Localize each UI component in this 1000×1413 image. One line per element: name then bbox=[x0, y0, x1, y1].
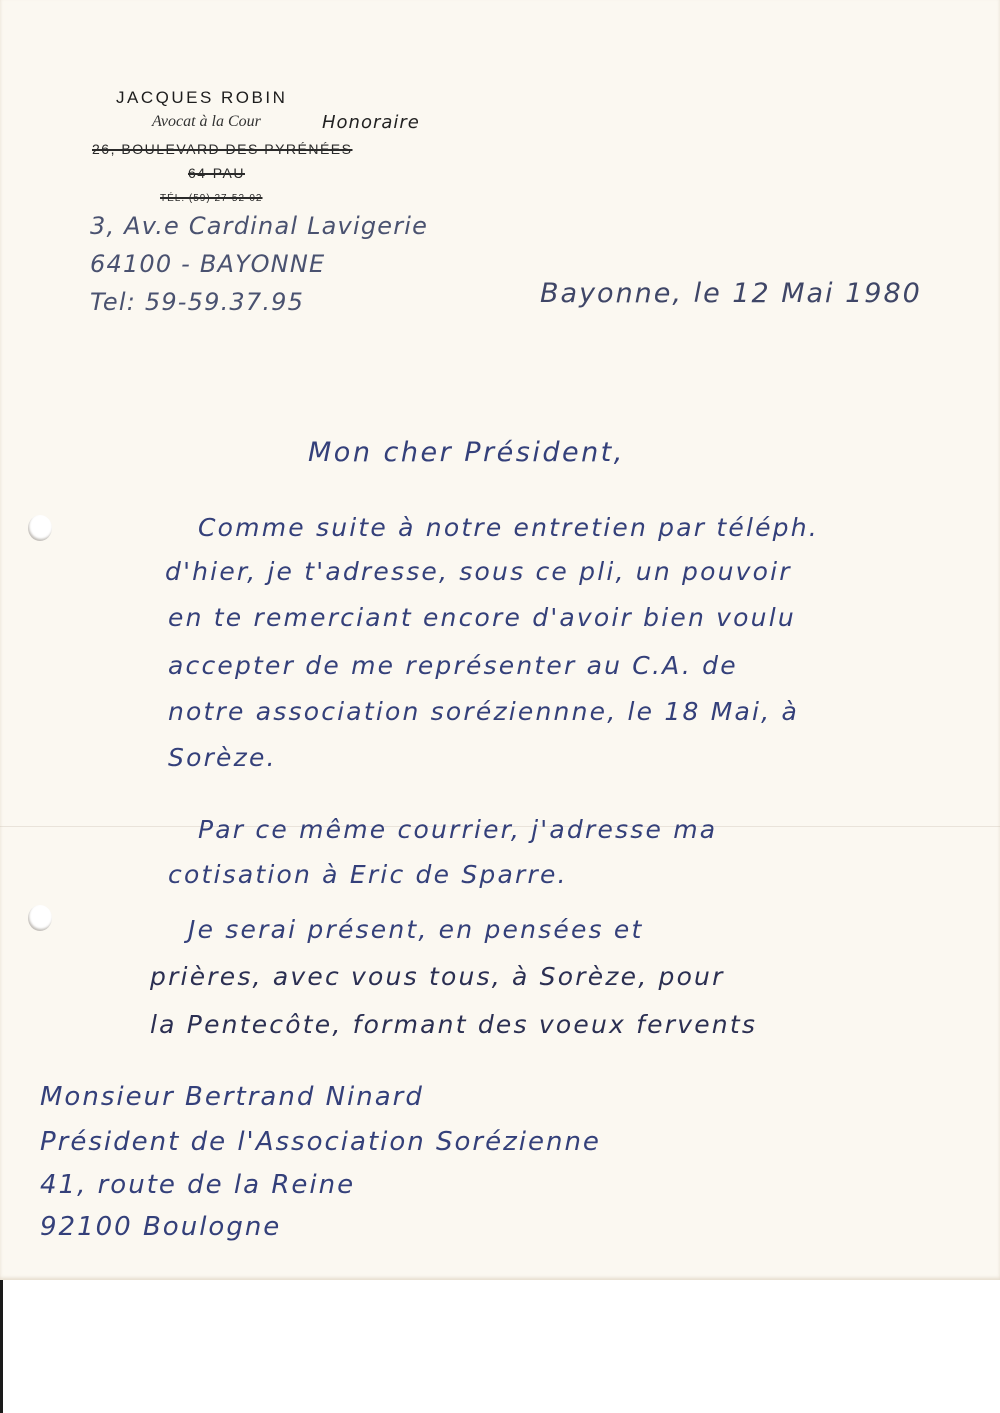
body-line: Comme suite à notre entretien par téléph… bbox=[198, 513, 819, 542]
body-line: Je serai présent, en pensées et bbox=[188, 915, 643, 944]
body-line: d'hier, je t'adresse, sous ce pli, un po… bbox=[165, 557, 792, 586]
recipient-name: Monsieur Bertrand Ninard bbox=[40, 1082, 424, 1112]
punch-hole-top bbox=[28, 515, 52, 541]
old-address-struck: 26, BOULEVARD DES PYRÉNÉES bbox=[92, 141, 352, 157]
body-line: Sorèze. bbox=[168, 743, 277, 772]
recipient-street: 41, route de la Reine bbox=[40, 1170, 355, 1200]
date-line: Bayonne, le 12 Mai 1980 bbox=[540, 278, 922, 309]
body-line: cotisation à Eric de Sparre. bbox=[168, 860, 568, 889]
new-address-street: 3, Av.e Cardinal Lavigerie bbox=[90, 212, 428, 240]
greeting: Mon cher Président, bbox=[308, 437, 625, 468]
letterhead-title-addition: Honoraire bbox=[322, 112, 420, 133]
body-line: la Pentecôte, formant des voeux fervents bbox=[150, 1010, 757, 1039]
body-line: prières, avec vous tous, à Sorèze, pour bbox=[150, 962, 725, 991]
new-address-phone: Tel: 59-59.37.95 bbox=[90, 288, 304, 316]
letterhead-name: JACQUES ROBIN bbox=[116, 88, 287, 108]
old-phone-struck: TÉL. (59) 27-52-02 bbox=[160, 193, 263, 204]
scan-edge-line bbox=[0, 1280, 3, 1413]
body-line: Par ce même courrier, j'adresse ma bbox=[198, 815, 717, 844]
body-line: notre association soréziennne, le 18 Mai… bbox=[168, 697, 799, 726]
body-line: accepter de me représenter au C.A. de bbox=[168, 651, 738, 680]
body-line: en te remerciant encore d'avoir bien vou… bbox=[168, 603, 796, 632]
letter-paper: JACQUES ROBIN Avocat à la Cour Honoraire… bbox=[0, 0, 1000, 1280]
letterhead-title: Avocat à la Cour bbox=[152, 113, 261, 131]
new-address-city: 64100 - BAYONNE bbox=[90, 250, 325, 278]
punch-hole-bottom bbox=[28, 905, 52, 931]
recipient-title: Président de l'Association Sorézienne bbox=[40, 1127, 601, 1157]
recipient-city: 92100 Boulogne bbox=[40, 1212, 281, 1242]
old-city-struck: 64-PAU bbox=[188, 165, 245, 181]
